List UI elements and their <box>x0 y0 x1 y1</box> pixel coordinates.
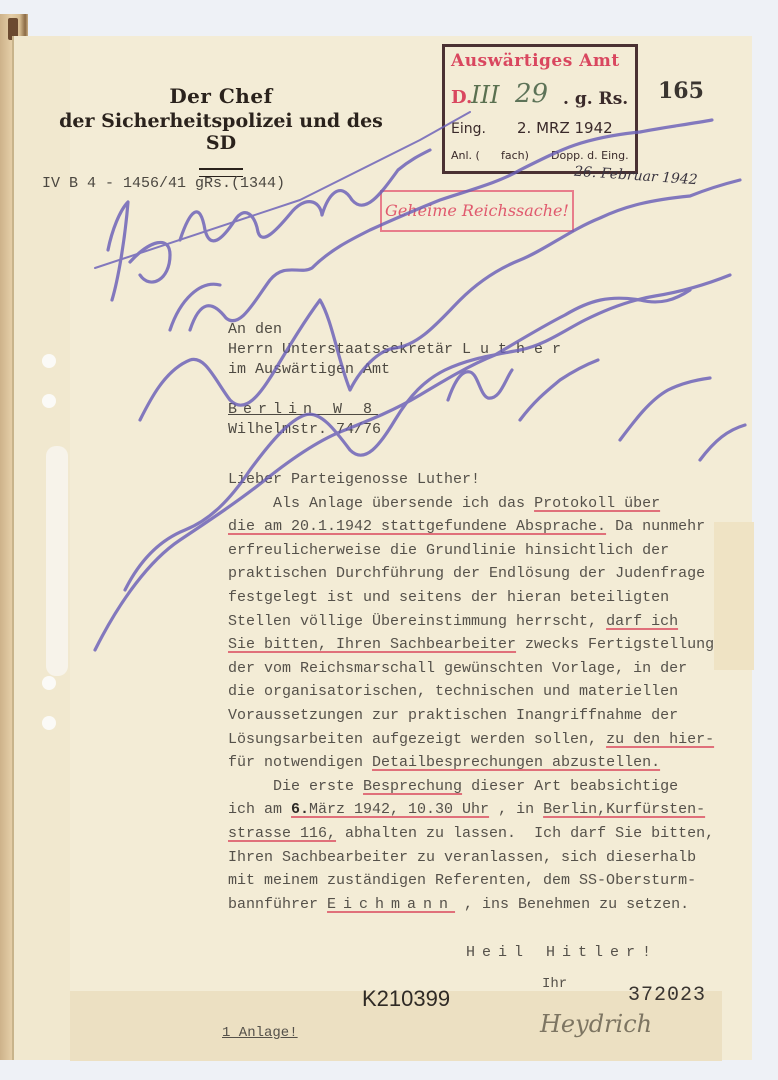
underlined-text: Berlin,Kurfürsten- <box>543 801 705 818</box>
underlined-text: März 1942, 10.30 Uhr <box>309 801 489 818</box>
text-run: Stellen völlige Übereinstimmung herrscht… <box>228 613 606 630</box>
text-run: dieser Art beabsichtige <box>462 778 678 795</box>
text-run: Als Anlage übersende ich das <box>228 495 534 512</box>
text-run: abhalten zu lassen. Ich darf Sie bitten, <box>336 825 714 842</box>
recipient-address: An den Herrn Unterstaatssekretär L u t h… <box>228 320 561 440</box>
stamp-division: III <box>471 81 499 109</box>
salutation: Lieber Parteigenosse Luther! <box>228 468 748 492</box>
address-line: Herrn Unterstaatssekretär L u t h e r <box>228 340 561 360</box>
signature: Heydrich <box>540 1010 652 1038</box>
stamp-number: 29 <box>515 79 548 109</box>
text-line: Voraussetzungen zur praktischen Inangrif… <box>228 704 748 728</box>
text-run: für notwendigen <box>228 754 372 771</box>
text-run: , ins Benehmen zu setzen. <box>455 896 689 913</box>
reference-number: IV B 4 - 1456/41 gRs.(1344) <box>42 175 285 192</box>
text-line: erfreulicherweise die Grundlinie hinsich… <box>228 539 748 563</box>
stamp-prefix: D. <box>451 87 472 108</box>
stamp-received-label: Eing. <box>451 121 486 137</box>
text-line: praktischen Durchführung der Endlösung d… <box>228 562 748 586</box>
text-run: bannführer <box>228 896 327 913</box>
stamp-title: Auswärtiges Amt <box>451 51 620 71</box>
stamp-suffix: . g. Rs. <box>563 89 628 109</box>
archive-number-secondary: 372023 <box>628 984 706 1007</box>
enclosure-note: 1 Anlage! <box>222 1025 298 1041</box>
address-street: Wilhelmstr. 74/76 <box>228 420 561 440</box>
stamp-fach-label: fach) <box>501 149 529 162</box>
underlined-text: Detailbesprechungen abzustellen. <box>372 754 660 771</box>
archive-number: K210399 <box>362 986 450 1012</box>
underlined-text: strasse 116, <box>228 825 336 842</box>
underlined-text: darf ich <box>606 613 678 630</box>
address-line: An den <box>228 320 561 340</box>
text-line: der vom Reichsmarschall gewünschten Vorl… <box>228 657 748 681</box>
letterhead: Der Chef der Sicherheitspolizei und des … <box>56 84 386 177</box>
text-run: zwecks Fertigstellung <box>516 636 714 653</box>
text-run: Die erste <box>228 778 363 795</box>
underlined-text: Protokoll über <box>534 495 660 512</box>
underlined-text: Besprechung <box>363 778 462 795</box>
underlined-text: 6. <box>291 801 309 818</box>
underlined-text: Eichmann <box>327 896 455 913</box>
letterhead-subtitle: der Sicherheitspolizei und des SD <box>56 110 386 154</box>
page-number: 165 <box>658 78 704 104</box>
underlined-text: zu den hier- <box>606 731 714 748</box>
text-line: festgelegt ist und seitens der hieran be… <box>228 586 748 610</box>
letter-body: Lieber Parteigenosse Luther! Als Anlage … <box>228 468 748 916</box>
text-line: mit meinem zuständigen Referenten, dem S… <box>228 869 748 893</box>
underlined-text: die am 20.1.1942 stattgefundene Absprach… <box>228 518 606 535</box>
text-line: Ihren Sachbearbeiter zu veranlassen, sic… <box>228 846 748 870</box>
closing-ihr: Ihr <box>542 976 567 992</box>
stamp-copies-label: Dopp. d. Eing. <box>551 149 629 162</box>
address-city: Berlin W 8 <box>228 400 561 420</box>
stamp-received-date: 2. MRZ 1942 <box>517 119 613 137</box>
glue-residue <box>46 446 68 676</box>
address-line: im Auswärtigen Amt <box>228 360 561 380</box>
received-stamp: Auswärtiges Amt D. III 29 . g. Rs. Eing.… <box>442 44 638 174</box>
text-run: , in <box>489 801 543 818</box>
text-run: Lösungsarbeiten aufgezeigt werden sollen… <box>228 731 606 748</box>
text-run: ich am <box>228 801 291 818</box>
underlined-text: Sie bitten, Ihren Sachbearbeiter <box>228 636 516 653</box>
closing-greeting: Heil Hitler! <box>466 944 658 961</box>
letterhead-title: Der Chef <box>56 84 386 108</box>
text-run: Da nunmehr <box>606 518 705 535</box>
text-line: die organisatorischen, technischen und m… <box>228 680 748 704</box>
classification-stamp: Geheime Reichssache! <box>380 190 574 232</box>
stamp-enclosures-label: Anl. ( <box>451 149 480 162</box>
